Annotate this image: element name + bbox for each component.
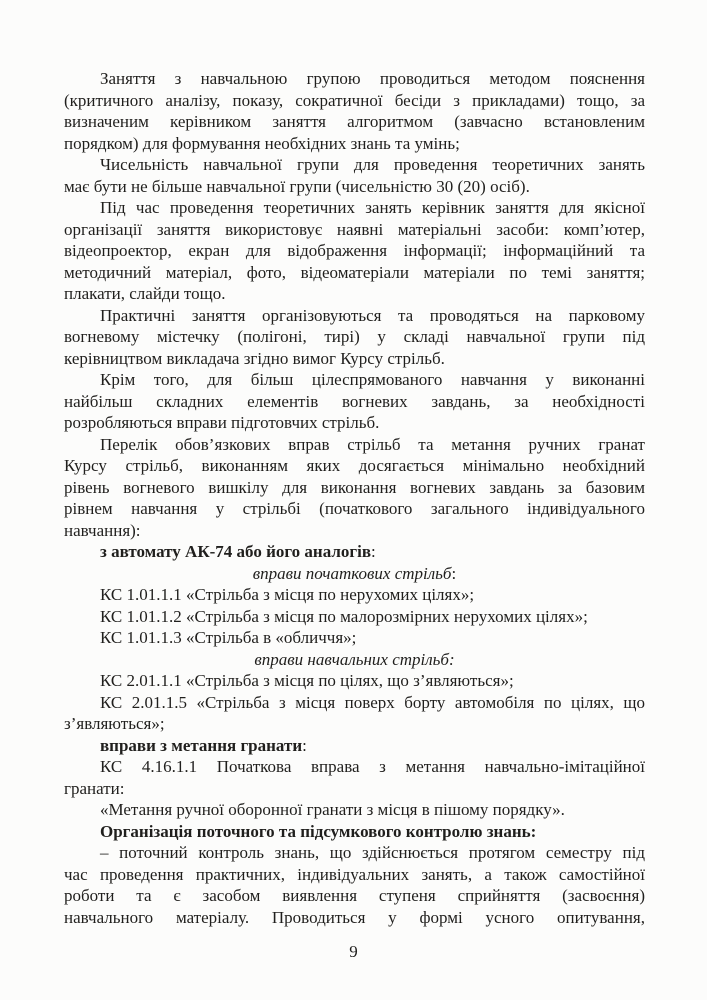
text-line: визначеним керівником заняття алгоритмом… — [64, 111, 645, 133]
heading-knowledge-control: Організація поточного та підсумкового ко… — [64, 821, 645, 843]
text-run: : — [451, 564, 456, 583]
text-line: Чисельність навчальної групи для проведе… — [64, 154, 645, 176]
text-line: навчання): — [64, 520, 645, 542]
bold-run: Організація поточного та підсумкового ко… — [100, 822, 536, 841]
text-run: Практичні заняття організовуються та про… — [100, 306, 645, 325]
text-run: рівень вогневого вишкілу для виконання в… — [64, 478, 645, 497]
text-line: КС 1.01.1.3 «Стрільба в «обличчя»; — [64, 627, 645, 649]
text-line: методичний матеріал, фото, відеоматеріал… — [64, 262, 645, 284]
text-run: роботи та є засобом виявлення ступеня сп… — [64, 886, 645, 905]
text-run: методичний матеріал, фото, відеоматеріал… — [64, 263, 645, 282]
text-run: : — [371, 542, 376, 561]
text-run: (критичного аналізу, показу, сократичної… — [64, 91, 645, 110]
text-line: Практичні заняття організовуються та про… — [64, 305, 645, 327]
text-line: керівництвом викладача згідно вимог Курс… — [64, 348, 645, 370]
text-run: навчального матеріалу. Проводиться у фор… — [64, 908, 645, 927]
text-line: (критичного аналізу, показу, сократичної… — [64, 90, 645, 112]
text-run: визначеним керівником заняття алгоритмом… — [64, 112, 645, 131]
text-line: гранати: — [64, 778, 645, 800]
text-run: відеопроектор, екран для відображення ін… — [64, 241, 645, 260]
text-line: Заняття з навчальною групою проводиться … — [64, 68, 645, 90]
text-line: рівень вогневого вишкілу для виконання в… — [64, 477, 645, 499]
bold-run: вправи з метання гранати — [100, 736, 302, 755]
document-page: Заняття з навчальною групою проводиться … — [0, 0, 707, 1000]
text-run: вогневому містечку (полігоні, тирі) у ск… — [64, 327, 645, 346]
text-run: КС 1.01.1.1 «Стрільба з місця по нерухом… — [100, 585, 474, 604]
text-line: відеопроектор, екран для відображення ін… — [64, 240, 645, 262]
bold-run: з автомату АК-74 або його аналогів — [100, 542, 371, 561]
heading-grenade-exercises: вправи з метання гранати: — [64, 735, 645, 757]
text-line: рівнем навчання у стрільбі (початкового … — [64, 498, 645, 520]
text-run: порядком) для формування необхідних знан… — [64, 134, 460, 153]
text-line: КС 2.01.1.1 «Стрільба з місця по цілях, … — [64, 670, 645, 692]
text-line: – поточний контроль знань, що здійснюєть… — [64, 842, 645, 864]
text-line: найбільш складних елементів вогневих зав… — [64, 391, 645, 413]
text-line: Курсу стрільб, виконанням яких досягаєть… — [64, 455, 645, 477]
text-run: – поточний контроль знань, що здійснюєть… — [100, 843, 645, 862]
text-run: час проведення практичних, індивідуальни… — [64, 865, 645, 884]
text-run: «Метання ручної оборонної гранати з місц… — [100, 800, 565, 819]
text-run: КС 2.01.1.5 «Стрільба з місця поверх бор… — [100, 693, 645, 712]
text-run: Крім того, для більш цілеспрямованого на… — [100, 370, 645, 389]
subheading-training-shootings: вправи навчальних стрільб: — [64, 649, 645, 671]
subheading-initial-shootings: вправи початкових стрільб: — [64, 563, 645, 585]
text-line: «Метання ручної оборонної гранати з місц… — [64, 799, 645, 821]
heading-ak74: з автомату АК-74 або його аналогів: — [64, 541, 645, 563]
document-body: Заняття з навчальною групою проводиться … — [64, 68, 645, 928]
text-run: Під час проведення теоретичних занять ке… — [100, 198, 645, 217]
text-run: Заняття з навчальною групою проводиться … — [100, 69, 645, 88]
text-run: КС 2.01.1.1 «Стрільба з місця по цілях, … — [100, 671, 514, 690]
text-line: плакати, слайди тощо. — [64, 283, 645, 305]
text-run: з’являються»; — [64, 714, 165, 733]
text-run: КС 1.01.1.3 «Стрільба в «обличчя»; — [100, 628, 356, 647]
text-line: КС 4.16.1.1 Початкова вправа з метання н… — [64, 756, 645, 778]
text-line: КС 1.01.1.2 «Стрільба з місця по малороз… — [64, 606, 645, 628]
text-line: організації заняття використовує наявні … — [64, 219, 645, 241]
text-line: Перелік обов’язкових вправ стрільб та ме… — [64, 434, 645, 456]
text-run: : — [302, 736, 307, 755]
text-run: КС 1.01.1.2 «Стрільба з місця по малороз… — [100, 607, 588, 626]
text-run: навчання): — [64, 521, 141, 540]
text-run: найбільш складних елементів вогневих зав… — [64, 392, 645, 411]
text-run: Курсу стрільб, виконанням яких досягаєть… — [64, 456, 645, 475]
text-run: має бути не більше навчальної групи (чис… — [64, 177, 530, 196]
text-run: плакати, слайди тощо. — [64, 284, 225, 303]
italic-run: вправи початкових стрільб — [253, 564, 452, 583]
text-line: порядком) для формування необхідних знан… — [64, 133, 645, 155]
text-line: розробляються вправи підготовчих стрільб… — [64, 412, 645, 434]
text-run: організації заняття використовує наявні … — [64, 220, 645, 239]
text-line: КС 2.01.1.5 «Стрільба з місця поверх бор… — [64, 692, 645, 714]
text-run: рівнем навчання у стрільбі (початкового … — [64, 499, 645, 518]
page-number: 9 — [0, 942, 707, 962]
text-run: КС 4.16.1.1 Початкова вправа з метання н… — [100, 757, 645, 776]
text-line: час проведення практичних, індивідуальни… — [64, 864, 645, 886]
italic-run: вправи навчальних стрільб: — [254, 650, 454, 669]
text-line: КС 1.01.1.1 «Стрільба з місця по нерухом… — [64, 584, 645, 606]
text-run: Перелік обов’язкових вправ стрільб та ме… — [100, 435, 645, 454]
text-line: Під час проведення теоретичних занять ке… — [64, 197, 645, 219]
text-line: навчального матеріалу. Проводиться у фор… — [64, 907, 645, 929]
text-line: з’являються»; — [64, 713, 645, 735]
text-run: розробляються вправи підготовчих стрільб… — [64, 413, 379, 432]
text-run: керівництвом викладача згідно вимог Курс… — [64, 349, 445, 368]
text-run: Чисельність навчальної групи для проведе… — [100, 155, 645, 174]
text-line: вогневому містечку (полігоні, тирі) у ск… — [64, 326, 645, 348]
text-line: має бути не більше навчальної групи (чис… — [64, 176, 645, 198]
text-run: гранати: — [64, 779, 124, 798]
text-line: роботи та є засобом виявлення ступеня сп… — [64, 885, 645, 907]
text-line: Крім того, для більш цілеспрямованого на… — [64, 369, 645, 391]
